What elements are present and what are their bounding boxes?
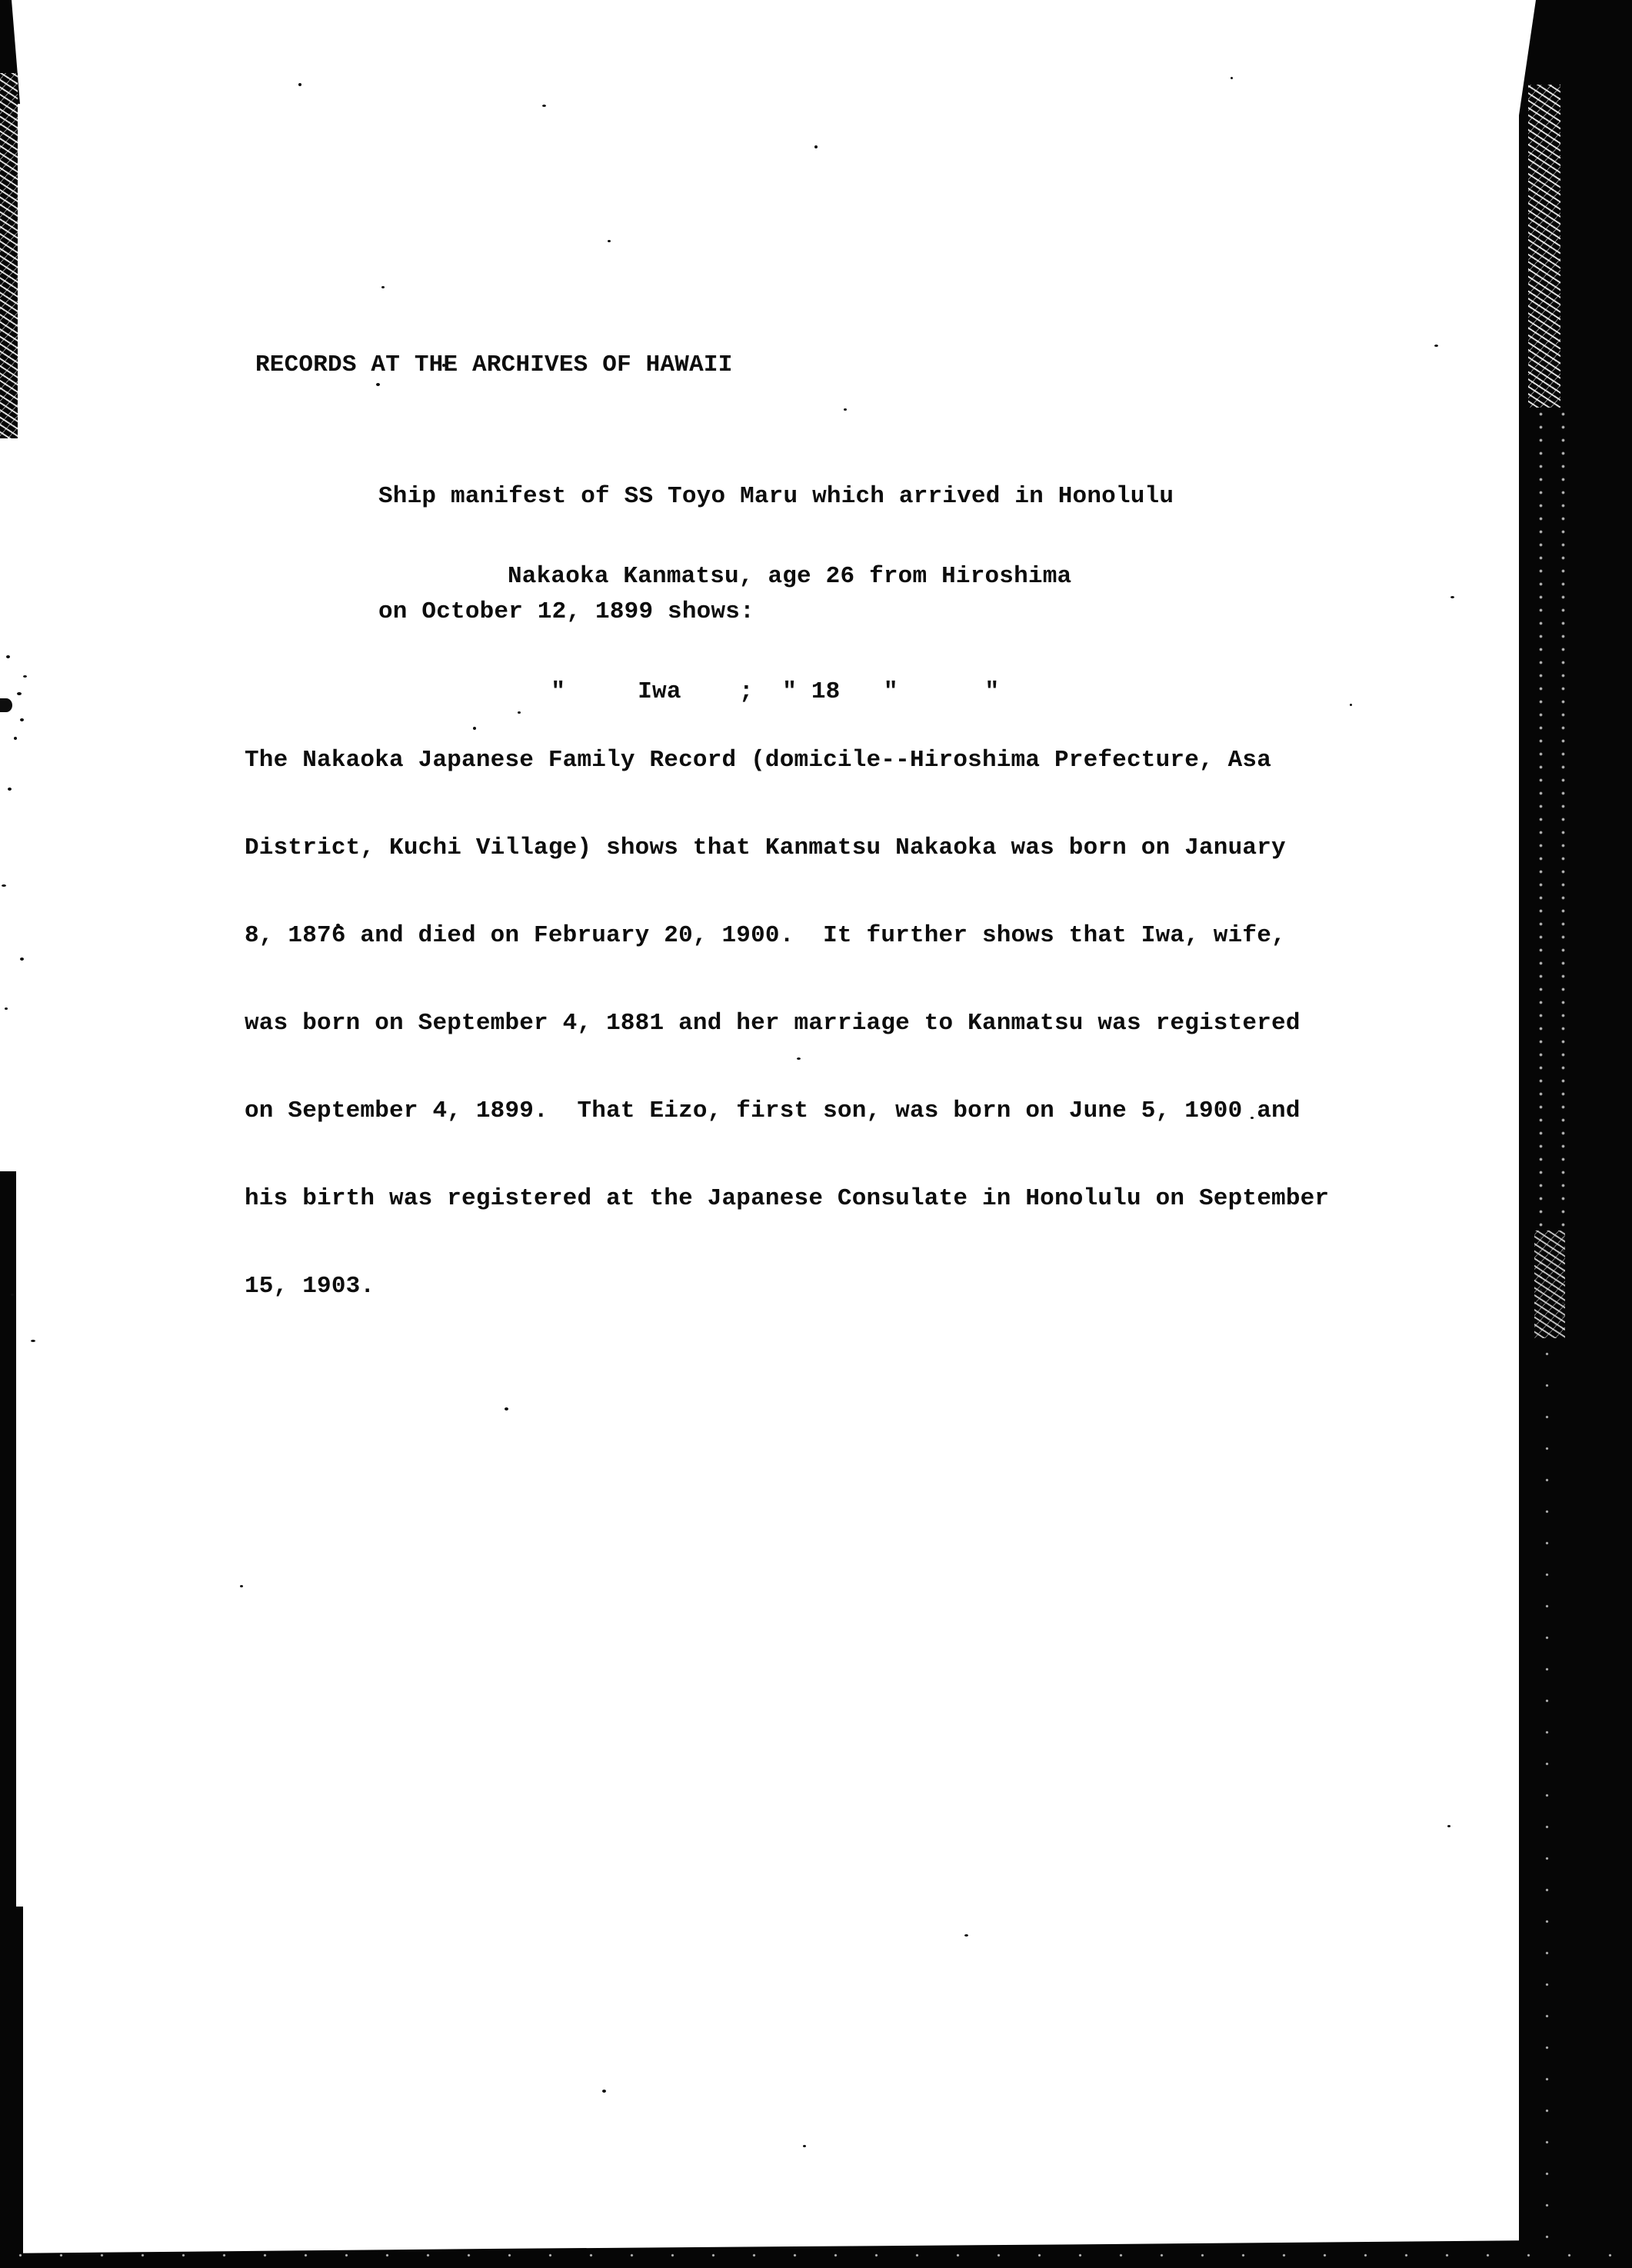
scan-speck bbox=[442, 364, 445, 367]
scan-speck bbox=[0, 698, 12, 712]
text-line: was born on September 4, 1881 and her ma… bbox=[245, 1009, 1329, 1038]
scan-speck bbox=[797, 1057, 801, 1060]
scan-edge-left-strip-upper bbox=[0, 73, 18, 438]
scan-speck bbox=[1231, 77, 1233, 79]
scan-speck bbox=[518, 711, 521, 714]
scan-speck bbox=[381, 286, 385, 288]
scan-band-texture-upper bbox=[1528, 85, 1560, 408]
scan-band-texture-mid bbox=[1530, 408, 1567, 1330]
text-line: on September 4, 1899. That Eizo, first s… bbox=[245, 1097, 1329, 1126]
scan-speck bbox=[20, 957, 24, 961]
scan-edge-right-band bbox=[1519, 0, 1632, 2268]
scan-edge-left-strip-lower bbox=[0, 1907, 23, 2268]
scan-speck bbox=[814, 145, 818, 148]
scan-speck bbox=[23, 675, 27, 678]
text-line: The Nakaoka Japanese Family Record (domi… bbox=[245, 746, 1329, 775]
scan-speck bbox=[1450, 596, 1454, 598]
scan-speck bbox=[11, 1294, 14, 1296]
scan-speck bbox=[8, 788, 12, 791]
scan-speck bbox=[602, 2090, 606, 2093]
scan-speck bbox=[336, 924, 340, 927]
scan-speck bbox=[542, 105, 546, 107]
scan-speck bbox=[803, 2145, 806, 2147]
scan-speck bbox=[17, 692, 22, 695]
scan-speck bbox=[473, 727, 476, 730]
scan-speck bbox=[298, 83, 301, 86]
body-paragraph: The Nakaoka Japanese Family Record (domi… bbox=[245, 688, 1329, 1360]
scan-speck bbox=[1350, 704, 1352, 706]
scan-speck bbox=[376, 383, 380, 386]
text-line: his birth was registered at the Japanese… bbox=[245, 1184, 1329, 1214]
scan-speck bbox=[14, 737, 17, 740]
title-line: RECORDS AT THE ARCHIVES OF HAWAII bbox=[255, 351, 733, 380]
scan-speck bbox=[240, 1585, 243, 1587]
scan-speck bbox=[844, 408, 847, 411]
scan-speck bbox=[31, 1340, 35, 1342]
scan-speck bbox=[1434, 345, 1438, 347]
manifest-entry-kanmatsu: Nakaoka Kanmatsu, age 26 from Hiroshima bbox=[508, 558, 1071, 596]
text-line: District, Kuchi Village) shows that Kanm… bbox=[245, 834, 1329, 863]
scan-band-texture-lower bbox=[1527, 1338, 1573, 2268]
scan-speck bbox=[1251, 1117, 1254, 1119]
scan-speck bbox=[608, 240, 611, 242]
scan-speck bbox=[2, 884, 6, 887]
text-line: 8, 1876 and died on February 20, 1900. I… bbox=[245, 921, 1329, 951]
scan-speck bbox=[5, 1007, 8, 1010]
scan-edge-bottom-bar bbox=[0, 2240, 1632, 2268]
scanned-document-page: RECORDS AT THE ARCHIVES OF HAWAII Ship m… bbox=[0, 0, 1632, 2268]
scan-speck bbox=[964, 1934, 968, 1937]
scan-speck bbox=[20, 718, 24, 721]
text-line: 15, 1903. bbox=[245, 1272, 1329, 1301]
scan-speck bbox=[505, 1407, 508, 1410]
scan-speck bbox=[1447, 1825, 1450, 1827]
scan-edge-left-strip-mid bbox=[0, 1171, 16, 1907]
scan-band-texture-dense bbox=[1534, 1231, 1565, 1338]
scan-speck bbox=[6, 655, 10, 658]
